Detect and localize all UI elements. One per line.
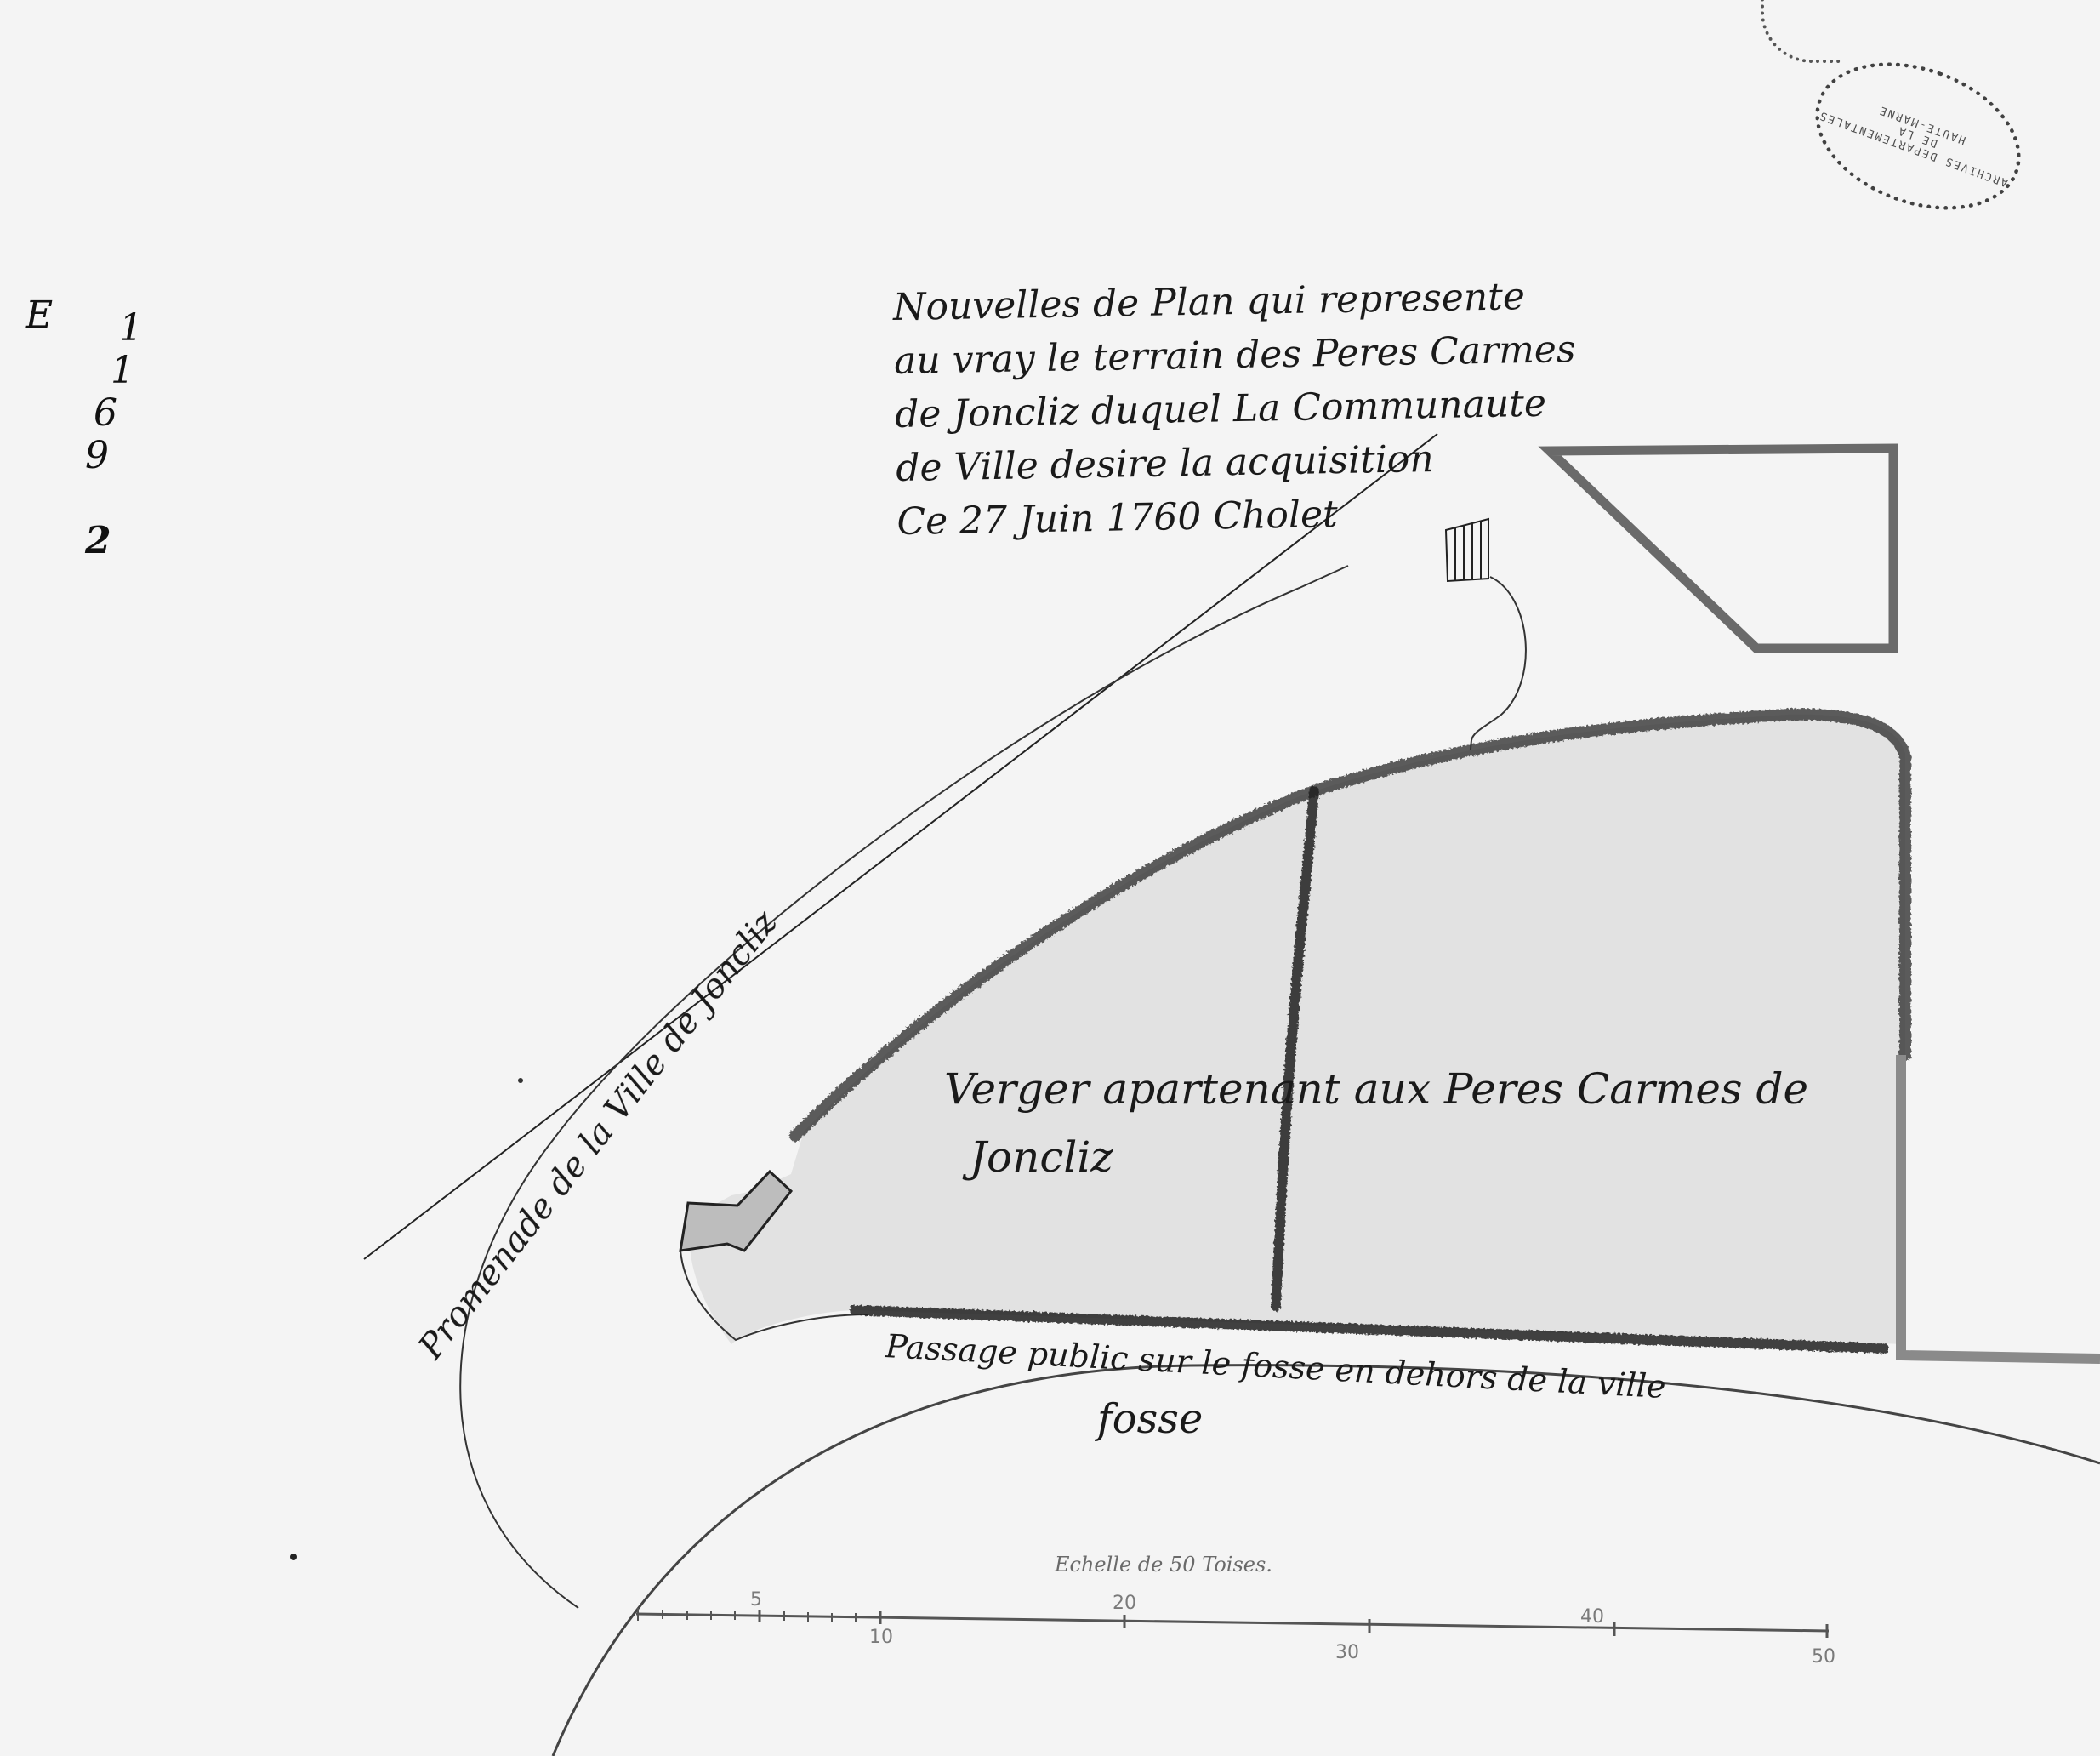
ink-dot — [518, 1078, 523, 1083]
orchard-label-line: Joncliz — [944, 1123, 1808, 1191]
map-sheet: HAUTE-MARNE DE LA ARCHIVES DEPARTEMENTAL… — [0, 0, 2100, 1756]
margin-number: 2 — [85, 519, 111, 562]
scale-title: Echelle de 50 Toises. — [1055, 1553, 1272, 1576]
map-drawing — [0, 0, 2100, 1756]
title-block: Nouvelles de Plan qui represente au vray… — [893, 269, 1579, 549]
scale-bar — [636, 1608, 1829, 1638]
margin-number: 1 — [119, 306, 143, 350]
margin-letter: E — [26, 294, 53, 337]
fosse-label: fosse — [1097, 1395, 1203, 1443]
orchard-label-line: Verger apartenant aux Peres Carmes de — [944, 1055, 1808, 1123]
scale-tick-label: 30 — [1335, 1642, 1359, 1663]
margin-number: 9 — [85, 434, 109, 477]
fosse-edge — [553, 1365, 2100, 1756]
margin-number: 1 — [111, 349, 134, 392]
scale-tick-label: 5 — [750, 1589, 762, 1611]
scale-tick-label: 40 — [1580, 1606, 1604, 1628]
margin-number: 6 — [94, 391, 117, 435]
scale-tick-label: 50 — [1812, 1646, 1835, 1668]
trapezoid-building — [1550, 448, 1893, 648]
orchard-label: Verger apartenant aux Peres Carmes de Jo… — [944, 1055, 1808, 1191]
scale-tick-label: 10 — [869, 1627, 893, 1648]
ink-dot — [290, 1554, 297, 1560]
east-wall — [1901, 1055, 2100, 1359]
bastion-curve — [1470, 577, 1526, 757]
scale-tick-label: 20 — [1113, 1593, 1136, 1614]
